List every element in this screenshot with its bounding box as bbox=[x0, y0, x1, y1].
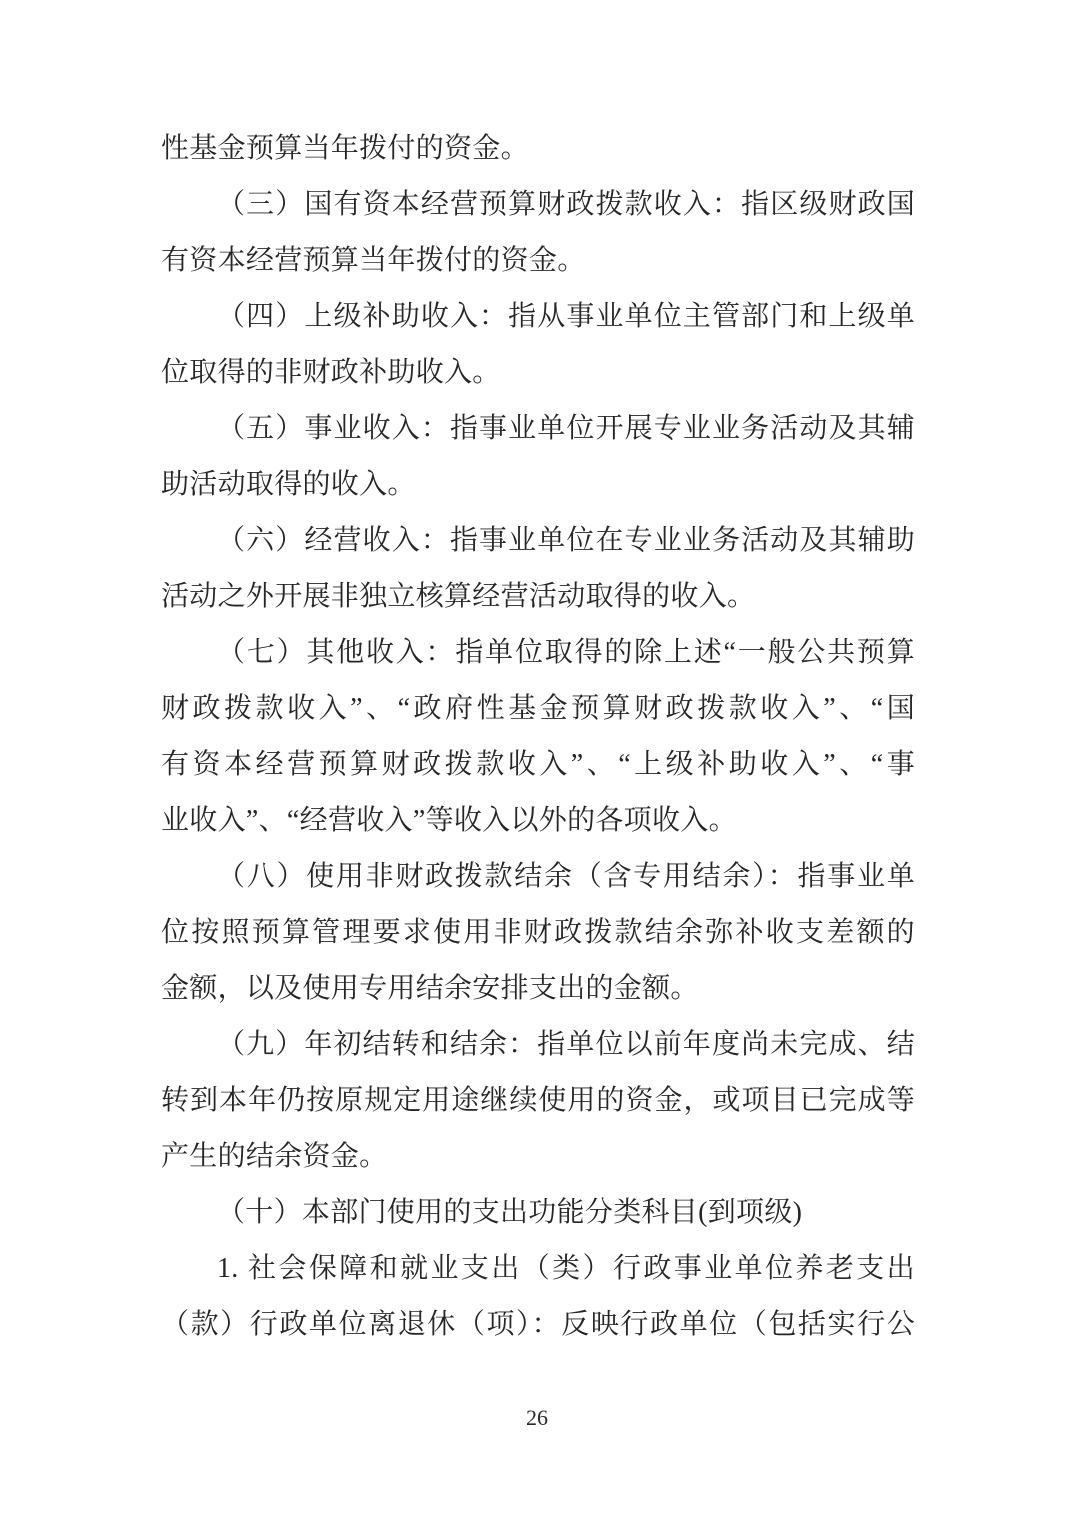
text-line: （五）事业收入：指事业单位开展专业业务活动及其辅 bbox=[161, 401, 915, 457]
text-line: 有资本经营预算财政拨款收入”、“上级补助收入”、“事 bbox=[161, 737, 915, 793]
text-line: （八）使用非财政拨款结余（含专用结余）：指事业单 bbox=[161, 849, 915, 905]
text-line: 产生的结余资金。 bbox=[161, 1129, 915, 1185]
text-line: 转到本年仍按原规定用途继续使用的资金，或项目已完成等 bbox=[161, 1073, 915, 1129]
text-line: 位按照预算管理要求使用非财政拨款结余弥补收支差额的 bbox=[161, 905, 915, 961]
text-line: 金额，以及使用专用结余安排支出的金额。 bbox=[161, 961, 915, 1017]
document-body: 性基金预算当年拨付的资金。（三）国有资本经营预算财政拨款收入：指区级财政国有资本… bbox=[161, 121, 915, 1353]
text-line: （四）上级补助收入：指从事业单位主管部门和上级单 bbox=[161, 289, 915, 345]
text-line: 1. 社会保障和就业支出（类）行政事业单位养老支出 bbox=[161, 1241, 915, 1297]
text-line: 性基金预算当年拨付的资金。 bbox=[161, 121, 915, 177]
document-page: 性基金预算当年拨付的资金。（三）国有资本经营预算财政拨款收入：指区级财政国有资本… bbox=[0, 0, 1074, 1520]
text-line: （款）行政单位离退休（项）：反映行政单位（包括实行公 bbox=[161, 1297, 915, 1353]
text-line: 有资本经营预算当年拨付的资金。 bbox=[161, 233, 915, 289]
text-line: （三）国有资本经营预算财政拨款收入：指区级财政国 bbox=[161, 177, 915, 233]
text-line: 财政拨款收入”、“政府性基金预算财政拨款收入”、“国 bbox=[161, 681, 915, 737]
text-line: （十）本部门使用的支出功能分类科目(到项级) bbox=[161, 1185, 915, 1241]
text-line: （六）经营收入：指事业单位在专业业务活动及其辅助 bbox=[161, 513, 915, 569]
text-line: （七）其他收入：指单位取得的除上述“一般公共预算 bbox=[161, 625, 915, 681]
page-footer: 26 bbox=[0, 1404, 1074, 1432]
text-line: 位取得的非财政补助收入。 bbox=[161, 345, 915, 401]
text-line: 活动之外开展非独立核算经营活动取得的收入。 bbox=[161, 569, 915, 625]
page-number: 26 bbox=[526, 1405, 548, 1430]
text-line: （九）年初结转和结余：指单位以前年度尚未完成、结 bbox=[161, 1017, 915, 1073]
text-line: 业收入”、“经营收入”等收入以外的各项收入。 bbox=[161, 793, 915, 849]
text-line: 助活动取得的收入。 bbox=[161, 457, 915, 513]
